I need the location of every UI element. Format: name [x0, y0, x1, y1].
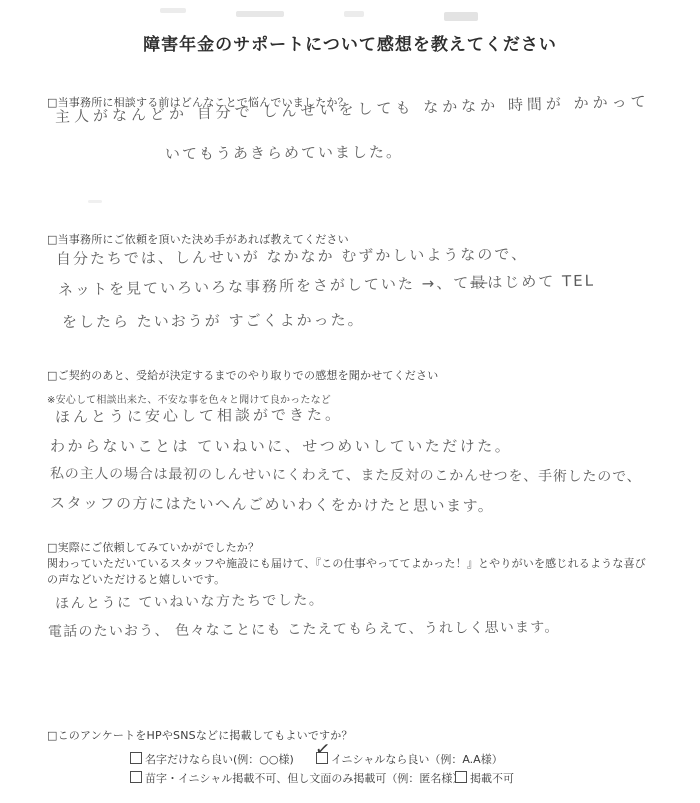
- form-title: 障害年金のサポートについて感想を教えてください: [0, 30, 700, 55]
- check-icon: ✓: [314, 740, 331, 760]
- q2-answer-line-2-struck: 最: [470, 274, 487, 292]
- scan-artifact: [88, 200, 102, 203]
- q3-answer-line-2: わからないことは ていねいに、せつめいしていただけた。: [50, 435, 512, 456]
- q4-answer-line-1: ほんとうに ていねいな方たちでした。: [55, 589, 325, 613]
- question-4-desc-line-2: の声などいただけると嬉しいです。: [47, 571, 225, 587]
- q3-answer-line-1: ほんとうに安心して相談ができた。: [55, 403, 343, 427]
- checkbox-text-only[interactable]: [130, 771, 142, 783]
- q3-answer-line-3: 私の主人の場合は最初のしんせいにくわえて、また反対のこかんせつを、手術したので、: [50, 463, 642, 486]
- publish-option-text-only[interactable]: 苗字・イニシャル掲載不可、但し文面のみ掲載可（例：匿名様）: [130, 770, 463, 786]
- publish-option-name-only-label: 名字だけなら良い(例：○○様): [145, 753, 294, 766]
- scan-artifact: [236, 11, 284, 17]
- checkbox-name-only[interactable]: [130, 752, 142, 764]
- q3-answer-line-4: スタッフの方にはたいへんごめいわくをかけたと思います。: [50, 492, 494, 516]
- q2-answer-line-3: をしたら たいおうが すごくよかった。: [62, 309, 365, 332]
- q2-answer-line-1: 自分たちでは、しんせいが なかなか むずかしいようなので、: [56, 243, 528, 269]
- checkbox-initials[interactable]: ✓: [316, 752, 328, 764]
- question-5-label: □このアンケートをHPやSNSなどに掲載してもよいですか？: [47, 727, 353, 743]
- scan-artifact: [344, 11, 364, 17]
- q4-answer-line-2: 電話のたいおう、 色々なことにも こたえてもらえて、うれしく思います。: [48, 617, 560, 641]
- q2-answer-line-2-pre: ネットを見ていろいろな事務所をさがしていた →、て: [58, 274, 471, 299]
- publish-option-initials[interactable]: ✓イニシャルなら良い（例：A.A様）: [316, 751, 503, 767]
- publish-option-text-only-label: 苗字・イニシャル掲載不可、但し文面のみ掲載可（例：匿名様）: [145, 772, 463, 785]
- question-3-label: □ご契約のあと、受給が決定するまでのやり取りでの感想を聞かせてください: [47, 367, 438, 383]
- survey-page: 障害年金のサポートについて感想を教えてください □当事務所に相談する前はどんなこ…: [0, 0, 700, 803]
- publish-option-name-only[interactable]: 名字だけなら良い(例：○○様): [130, 751, 294, 767]
- scan-artifact: [444, 12, 478, 21]
- checkbox-no-publish[interactable]: [455, 771, 467, 783]
- scan-artifact: [160, 8, 186, 13]
- question-4-desc-line-1: 関わっていただいているスタッフや施設にも届けて、『この仕事やっててよかった！』と…: [47, 555, 646, 571]
- publish-option-initials-label: イニシャルなら良い（例：A.A様）: [331, 753, 503, 766]
- q2-answer-line-2: ネットを見ていろいろな事務所をさがしていた →、て最はじめて TEL: [58, 270, 595, 300]
- question-4-label: □実際にご依頼してみていかがでしたか？: [47, 539, 259, 555]
- q1-answer-line-2: いてもうあきらめていました。: [165, 141, 403, 164]
- publish-option-no-publish-label: 掲載不可: [470, 772, 514, 785]
- publish-option-no-publish[interactable]: 掲載不可: [455, 770, 514, 786]
- q2-answer-line-2-post: はじめて TEL: [487, 272, 595, 292]
